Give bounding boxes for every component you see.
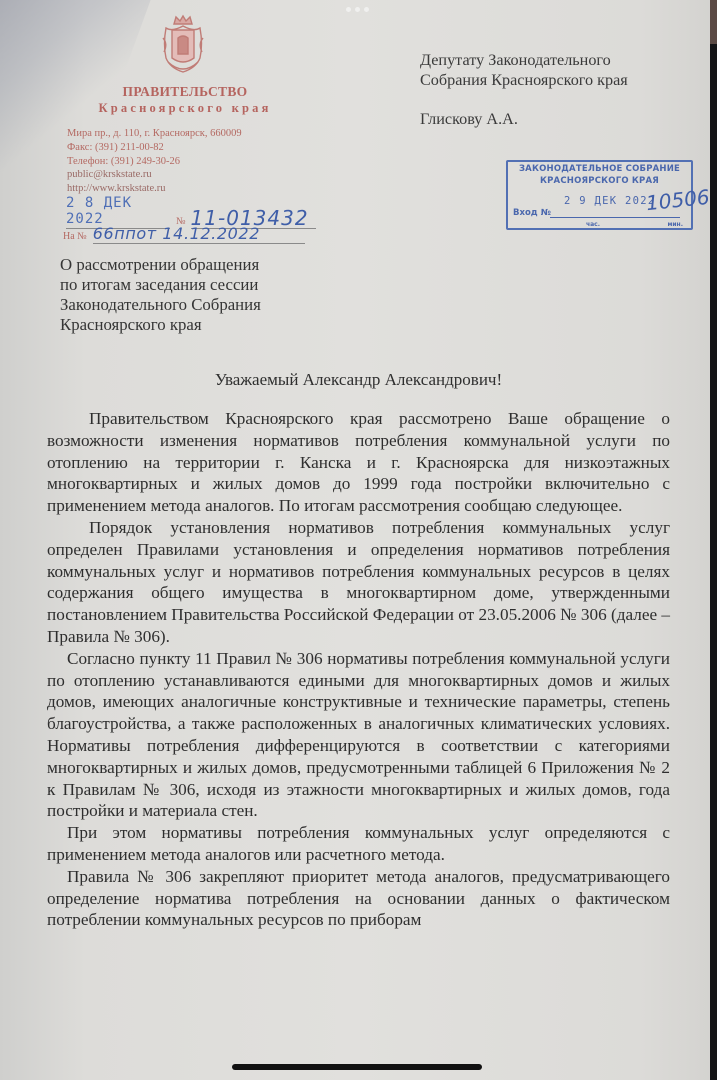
device-edge (710, 0, 717, 1080)
home-indicator[interactable] (232, 1064, 482, 1070)
contact-block: Мира пр., д. 110, г. Красноярск, 660009 … (67, 127, 242, 196)
fax: Факс: (391) 211-00-82 (67, 141, 242, 155)
subject-line: Законодательного Собрания (60, 295, 261, 315)
subject-block: О рассмотрении обращения по итогам засед… (60, 255, 261, 335)
stamp-minutes-label: мин. (667, 221, 683, 228)
paragraph: Порядок установления нормативов потребле… (47, 517, 670, 648)
address: Мира пр., д. 110, г. Красноярск, 660009 (67, 127, 242, 141)
email-link[interactable]: public@krskstate.ru (67, 168, 242, 182)
stamp-date: 2 9 ДЕК 2022 (564, 195, 655, 207)
subject-line: О рассмотрении обращения (60, 255, 261, 275)
addressee-name: Глискову А.А. (420, 109, 628, 129)
addressee-line-2: Собрания Красноярского края (420, 70, 628, 90)
addressee-line-1: Депутату Законодательного (420, 50, 628, 70)
letter-body: Правительством Красноярского края рассмо… (47, 408, 670, 931)
reference-label: На № (63, 231, 87, 242)
coat-of-arms-icon (160, 14, 206, 76)
reference-line: На № 66ппот 14.12.2022 (63, 225, 305, 244)
stamp-incoming-label: Вход № (513, 208, 551, 218)
stamp-underline (550, 217, 680, 218)
incoming-stamp: ЗАКОНОДАТЕЛЬНОЕ СОБРАНИЕ КРАСНОЯРСКОГО К… (506, 160, 693, 230)
stamp-incoming-number: 10506 (645, 185, 710, 216)
paragraph: При этом нормативы потребления коммуналь… (47, 822, 670, 866)
subject-line: Красноярского края (60, 315, 261, 335)
stamp-hours-label: час. (586, 221, 600, 228)
salutation: Уважаемый Александр Александрович! (0, 370, 710, 390)
reference-value: 66ппот 14.12.2022 (93, 225, 305, 244)
phone: Телефон: (391) 249-30-26 (67, 155, 242, 169)
document-photo: ПРАВИТЕЛЬСТВО Красноярского края Мира пр… (0, 0, 710, 1080)
folder-tab (710, 0, 717, 44)
paragraph: Согласно пункту 11 Правил № 306 норматив… (47, 648, 670, 822)
addressee-block: Депутату Законодательного Собрания Красн… (420, 50, 628, 129)
org-region: Красноярского края (65, 101, 305, 116)
website-link[interactable]: http://www.krskstate.ru (67, 182, 242, 196)
paragraph: Правила № 306 закрепляют приоритет метод… (47, 866, 670, 931)
stamp-title-line-1: ЗАКОНОДАТЕЛЬНОЕ СОБРАНИЕ (508, 164, 691, 174)
stamp-title-line-2: КРАСНОЯРСКОГО КРАЯ (508, 176, 691, 186)
subject-line: по итогам заседания сессии (60, 275, 261, 295)
status-dots-icon[interactable] (346, 7, 369, 12)
paragraph: Правительством Красноярского края рассмо… (47, 408, 670, 517)
org-name: ПРАВИТЕЛЬСТВО (90, 84, 280, 100)
